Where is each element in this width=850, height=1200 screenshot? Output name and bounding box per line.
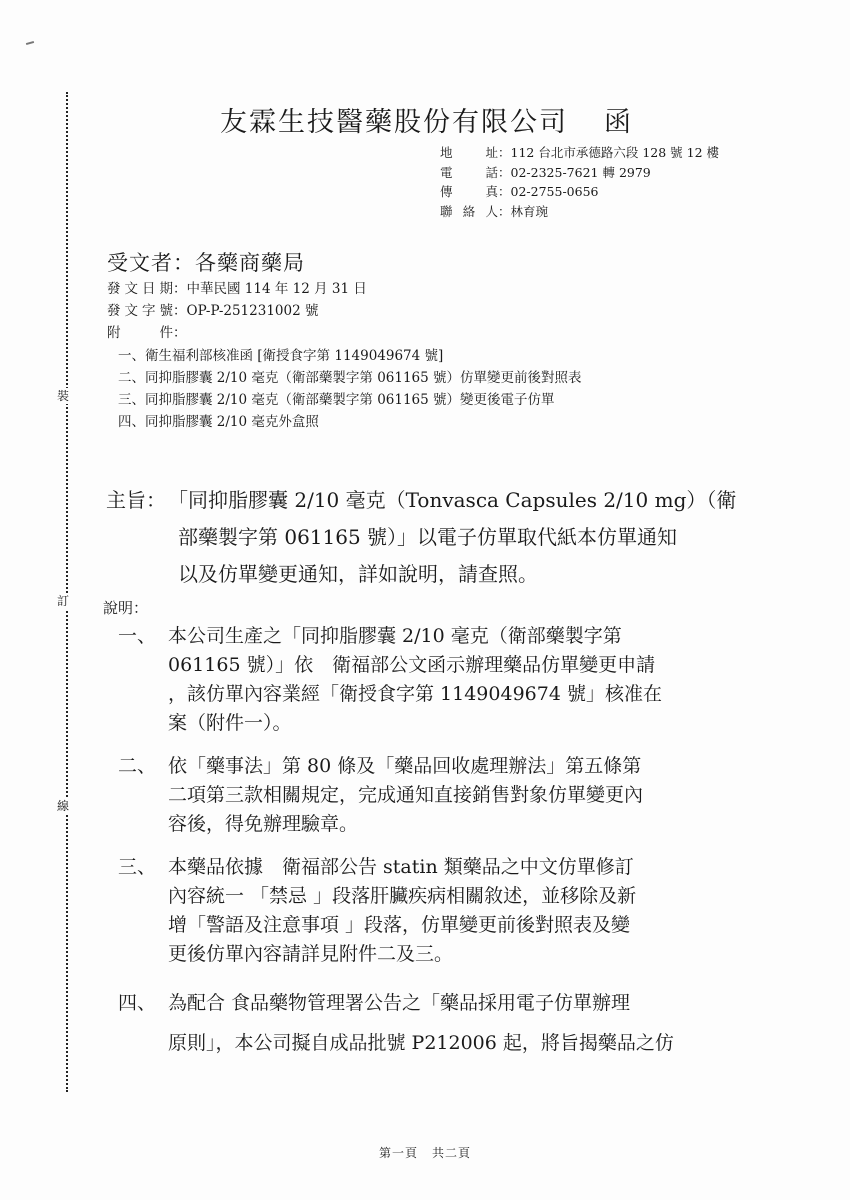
explanation-item-1: 一、 本公司生產之「同抑脂膠囊 2/10 毫克（衛部藥製字第 061165 號）…	[118, 622, 758, 738]
explanation-item-3: 三、 本藥品依據 衛福部公告 statin 類藥品之中文仿單修訂 內容統一 「禁…	[118, 853, 758, 969]
explanation-item-4: 四、 為配合 食品藥物管理署公告之「藥品採用電子仿單辦理 原則」，本公司擬自成品…	[118, 983, 758, 1063]
attachment-item: 一、衛生福利部核准函 [衛授食字第 1149049674 號]	[118, 345, 582, 367]
subject-section: 主旨： 「同抑脂膠囊 2/10 毫克（Tonvasca Capsules 2/1…	[106, 482, 756, 593]
binding-char-ding: 訂	[57, 593, 69, 609]
subject-line: 以及仿單變更通知，詳如說明，請查照。	[168, 556, 756, 593]
scan-speck	[26, 41, 34, 45]
explanation-items: 一、 本公司生產之「同抑脂膠囊 2/10 毫克（衛部藥製字第 061165 號）…	[118, 622, 758, 1077]
company-name: 友霖生技醫藥股份有限公司	[220, 107, 568, 138]
issue-date: 發文日期：中華民國 114 年 12 月 31 日	[107, 278, 367, 300]
binding-line	[66, 92, 68, 1092]
recipient: 受文者：各藥商藥局	[107, 248, 367, 278]
binding-char-xian: 線	[57, 798, 69, 814]
subject-label: 主旨：	[106, 482, 166, 519]
page-footer: 第一頁共二頁	[0, 1144, 850, 1161]
contact-person: 聯絡人：林育琬	[440, 202, 719, 222]
attachment-item: 三、同抑脂膠囊 2/10 毫克（衛部藥製字第 061165 號）變更後電子仿單	[118, 389, 582, 411]
binding-char-zhuang: 裝	[57, 388, 69, 404]
contact-phone: 電 話：02-2325-7621 轉 2979	[440, 163, 719, 183]
document-page: 裝 訂 線 友霖生技醫藥股份有限公司函 地 址：112 台北市承德路六段 128…	[0, 0, 850, 1200]
attachments-list: 一、衛生福利部核准函 [衛授食字第 1149049674 號] 二、同抑脂膠囊 …	[118, 345, 582, 433]
page-total: 共二頁	[432, 1146, 471, 1160]
attachment-item: 二、同抑脂膠囊 2/10 毫克（衛部藥製字第 061165 號）仿單變更前後對照…	[118, 367, 582, 389]
document-meta: 受文者：各藥商藥局 發文日期：中華民國 114 年 12 月 31 日 發文字號…	[107, 248, 367, 344]
subject-line: 部藥製字第 061165 號）」以電子仿單取代紙本仿單通知	[168, 519, 756, 556]
explanation-label: 說明：	[103, 597, 148, 618]
contact-block: 地 址：112 台北市承德路六段 128 號 12 樓 電 話：02-2325-…	[440, 143, 719, 221]
document-number: 發文字號：OP-P-251231002 號	[107, 300, 367, 322]
contact-fax: 傳 真：02-2755-0656	[440, 182, 719, 202]
page-number: 第一頁	[379, 1146, 418, 1160]
attachment-item: 四、同抑脂膠囊 2/10 毫克外盒照	[118, 411, 582, 433]
subject-line: 「同抑脂膠囊 2/10 毫克（Tonvasca Capsules 2/10 mg…	[168, 482, 756, 519]
contact-address: 地 址：112 台北市承德路六段 128 號 12 樓	[440, 143, 719, 163]
document-type: 函	[604, 107, 633, 138]
letterhead-title: 友霖生技醫藥股份有限公司函	[220, 100, 633, 139]
attachments-label: 附 件：	[107, 322, 367, 344]
explanation-item-2: 二、 依「藥事法」第 80 條及「藥品回收處理辦法」第五條第 二項第三款相關規定…	[118, 752, 758, 839]
